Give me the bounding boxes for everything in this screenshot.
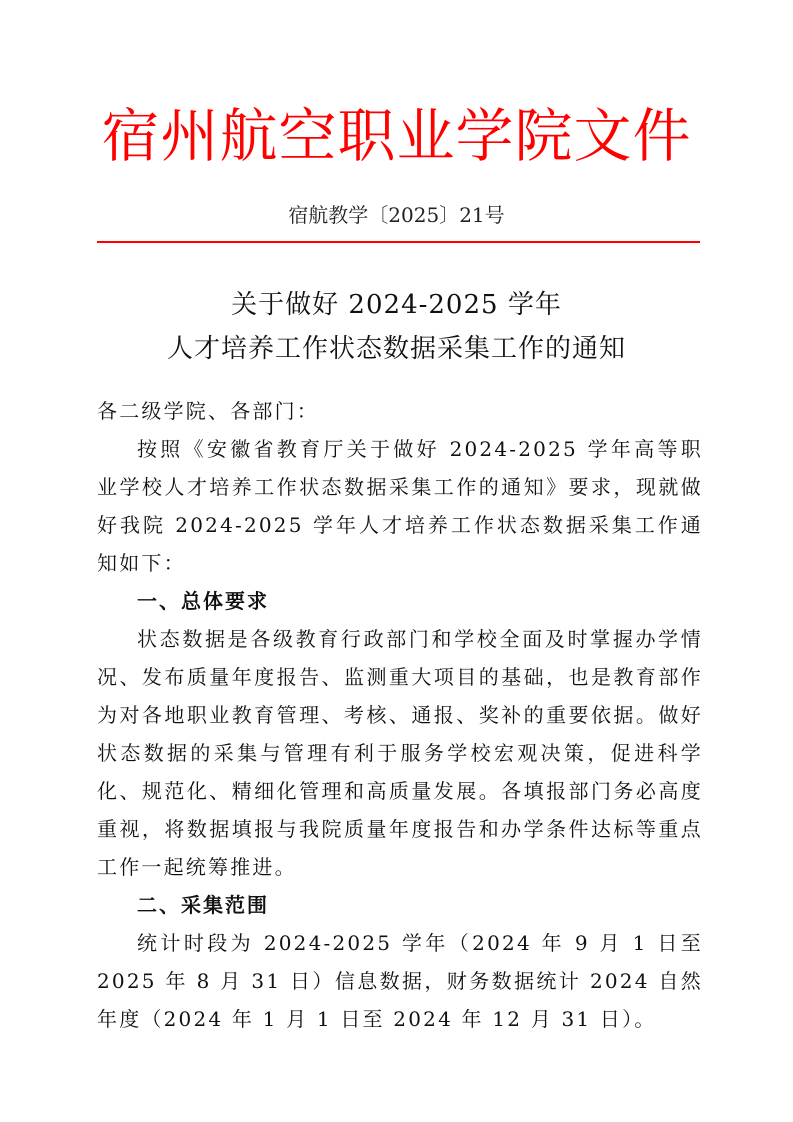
red-divider-line — [97, 241, 700, 243]
section-paragraph-collection-scope: 统计时段为 2024-2025 学年（2024 年 9 月 1 日至 2025 … — [97, 924, 703, 1038]
section-paragraph-general-requirements: 状态数据是各级教育行政部门和学校全面及时掌握办学情况、发布质量年度报告、监测重大… — [97, 620, 703, 886]
section-heading-collection-scope: 二、采集范围 — [97, 886, 703, 924]
intro-paragraph: 按照《安徽省教育厅关于做好 2024-2025 学年高等职业学校人才培养工作状态… — [97, 430, 703, 582]
document-issuer-title: 宿州航空职业学院文件 — [0, 100, 793, 172]
document-number: 宿航教学〔2025〕21号 — [0, 200, 793, 230]
section-heading-general-requirements: 一、总体要求 — [97, 582, 703, 620]
notice-title: 关于做好 2024-2025 学年 人才培养工作状态数据采集工作的通知 — [0, 283, 793, 371]
document-body: 各二级学院、各部门： 按照《安徽省教育厅关于做好 2024-2025 学年高等职… — [97, 392, 703, 1038]
notice-title-line-2: 人才培养工作状态数据采集工作的通知 — [0, 327, 793, 371]
notice-title-line-1: 关于做好 2024-2025 学年 — [0, 283, 793, 327]
salutation: 各二级学院、各部门： — [97, 392, 703, 430]
